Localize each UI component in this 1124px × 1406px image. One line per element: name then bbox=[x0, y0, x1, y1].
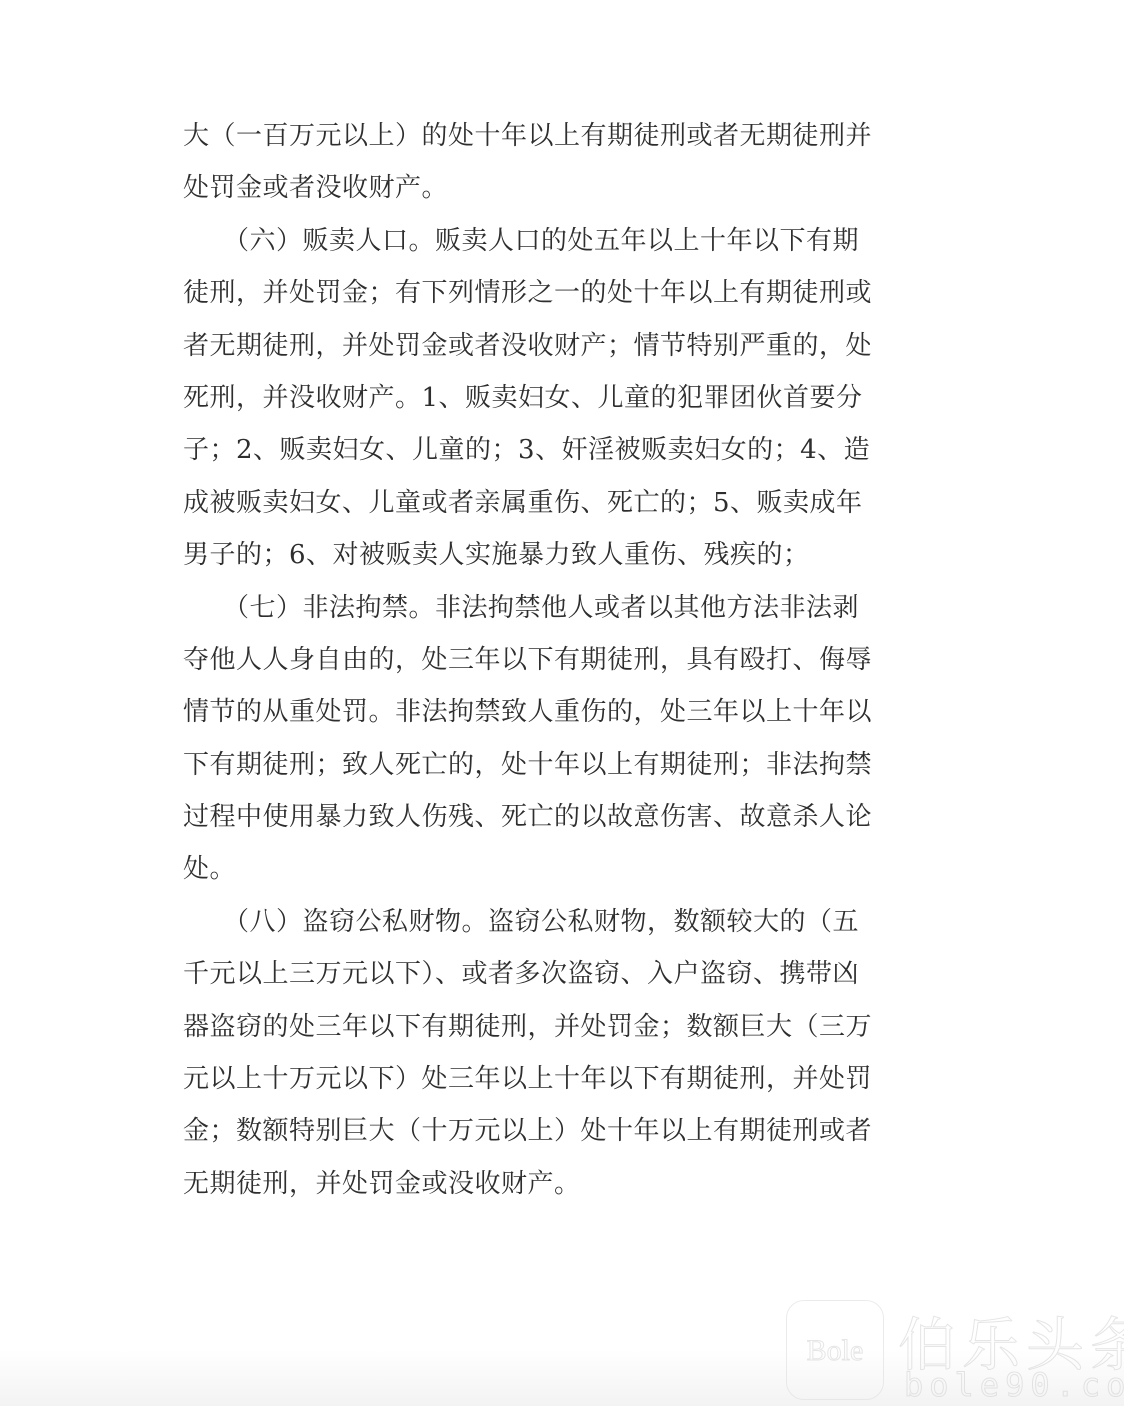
watermark-domain: bole90.com bbox=[904, 1366, 1124, 1404]
watermark: Bole 伯乐头条 bole90.com bbox=[784, 1298, 1124, 1406]
text-line: 死刑，并没收财产。1、贩卖妇女、儿童的犯罪团伙首要分 bbox=[183, 372, 883, 424]
text-line: 无期徒刑，并处罚金或没收财产。 bbox=[183, 1158, 883, 1210]
text-line: 处。 bbox=[183, 843, 883, 895]
text-line: 徒刑，并处罚金；有下列情形之一的处十年以上有期徒刑或 bbox=[183, 267, 883, 319]
paragraph-7-heading-line: （七）非法拘禁。非法拘禁他人或者以其他方法非法剥 bbox=[183, 582, 883, 634]
document-body: 大（一百万元以上）的处十年以上有期徒刑或者无期徒刑并 处罚金或者没收财产。 （六… bbox=[183, 110, 883, 1210]
text-line: 器盗窃的处三年以下有期徒刑，并处罚金；数额巨大（三万 bbox=[183, 1001, 883, 1053]
text-line: 子；2、贩卖妇女、儿童的；3、奸淫被贩卖妇女的；4、造 bbox=[183, 424, 883, 476]
text-line: 情节的从重处罚。非法拘禁致人重伤的，处三年以上十年以 bbox=[183, 686, 883, 738]
text-line: 下有期徒刑；致人死亡的，处十年以上有期徒刑；非法拘禁 bbox=[183, 739, 883, 791]
text-line: 元以上十万元以下）处三年以上十年以下有期徒刑，并处罚 bbox=[183, 1053, 883, 1105]
text-line: 处罚金或者没收财产。 bbox=[183, 162, 883, 214]
text-line: 者无期徒刑，并处罚金或者没收财产；情节特别严重的，处 bbox=[183, 320, 883, 372]
text-line: 过程中使用暴力致人伤残、死亡的以故意伤害、故意杀人论 bbox=[183, 791, 883, 843]
text-line: 千元以上三万元以下）、或者多次盗窃、入户盗窃、携带凶 bbox=[183, 948, 883, 1000]
paragraph-8-heading-line: （八）盗窃公私财物。盗窃公私财物，数额较大的（五 bbox=[183, 896, 883, 948]
text-line: 成被贩卖妇女、儿童或者亲属重伤、死亡的；5、贩卖成年 bbox=[183, 477, 883, 529]
text-line: 夺他人人身自由的，处三年以下有期徒刑，具有殴打、侮辱 bbox=[183, 634, 883, 686]
text-line: 金；数额特别巨大（十万元以上）处十年以上有期徒刑或者 bbox=[183, 1105, 883, 1157]
text-line: 男子的；6、对被贩卖人实施暴力致人重伤、残疾的； bbox=[183, 529, 883, 581]
watermark-logo-icon: Bole bbox=[786, 1300, 884, 1400]
text-line: 大（一百万元以上）的处十年以上有期徒刑或者无期徒刑并 bbox=[183, 110, 883, 162]
paragraph-6-heading-line: （六）贩卖人口。贩卖人口的处五年以上十年以下有期 bbox=[183, 215, 883, 267]
